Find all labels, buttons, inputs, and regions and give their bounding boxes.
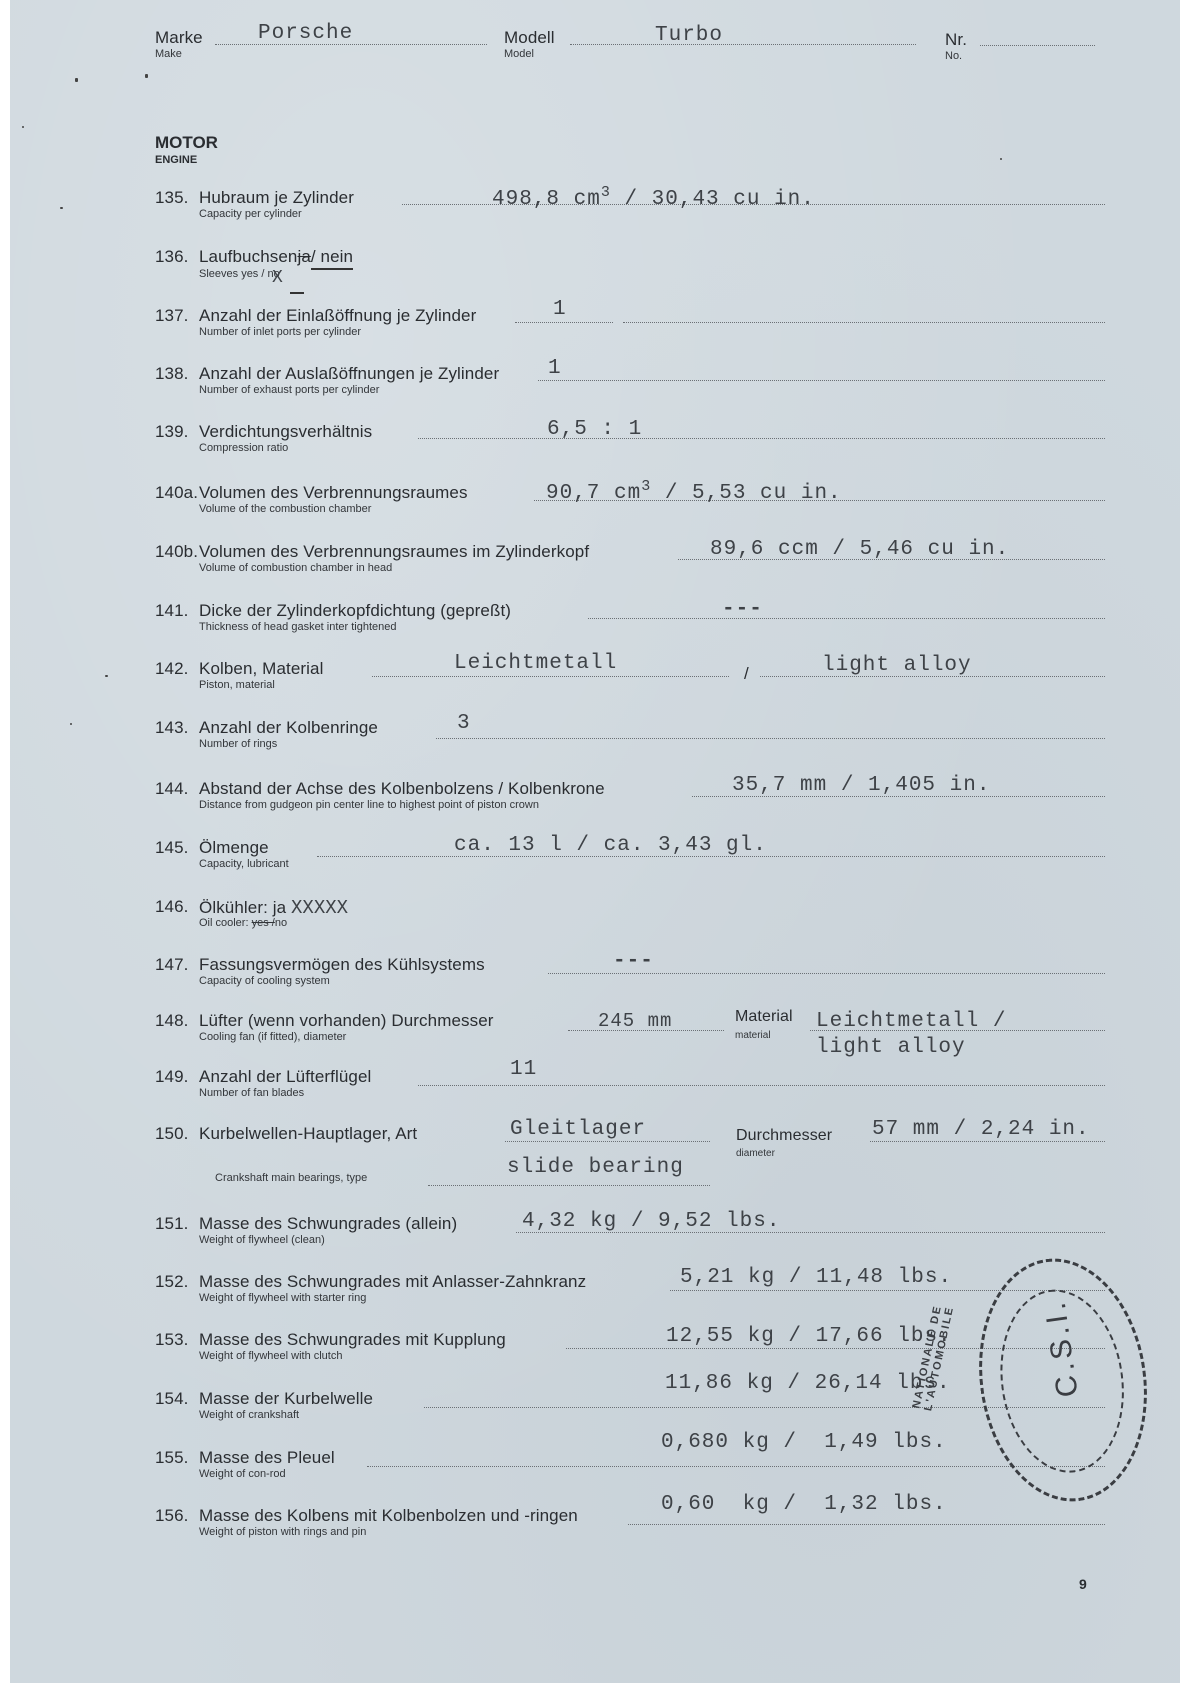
official-stamp: NATIONALE DE L'AUTOMOBILE C.S.I.	[964, 1248, 1162, 1513]
section-title-en: ENGINE	[155, 154, 197, 166]
item-label-en: Number of fan blades	[199, 1087, 304, 1099]
item-value[interactable]: 498,8 cm3 / 30,43 cu in.	[492, 184, 815, 211]
item-number: 145.	[155, 838, 189, 858]
item-label-en: Piston, material	[199, 679, 275, 691]
item-value[interactable]: 89,6 ccm / 5,46 cu in.	[710, 538, 1009, 561]
item-label: Abstand der Achse des Kolbenbolzens / Ko…	[199, 779, 605, 799]
diameter-value[interactable]: 57 mm / 2,24 in.	[872, 1118, 1090, 1141]
item-label: Masse des Schwungrades mit Anlasser-Zahn…	[199, 1272, 586, 1292]
item-value[interactable]: 0,680 kg / 1,49 lbs.	[661, 1431, 947, 1454]
material-label-en: material	[735, 1030, 771, 1041]
overtype-mark: XXXXX	[291, 897, 348, 919]
item-label-en: Sleeves yes / no	[199, 268, 280, 280]
item-value-en[interactable]: light alloy	[822, 654, 972, 677]
item-value[interactable]: 6,5 : 1	[547, 418, 642, 441]
speck	[145, 74, 148, 78]
item-number: 136.	[155, 247, 189, 267]
item-label-en: Weight of piston with rings and pin	[199, 1526, 366, 1538]
number-label-en: No.	[945, 50, 962, 62]
item-label: Anzahl der Einlaßöffnung je Zylinder	[199, 306, 476, 326]
item-number: 148.	[155, 1011, 189, 1031]
item-label: Kurbelwellen-Hauptlager, Art	[199, 1124, 417, 1144]
item-label-en: Capacity, lubricant	[199, 858, 289, 870]
item-value[interactable]: 11	[510, 1058, 537, 1081]
item-label-en: Crankshaft main bearings, type	[215, 1172, 367, 1184]
speck	[60, 207, 63, 209]
item-value-en[interactable]: slide bearing	[507, 1156, 684, 1179]
item-number: 153.	[155, 1330, 189, 1350]
item-value[interactable]: 90,7 cm3 / 5,53 cu in.	[546, 478, 842, 505]
item-value-de[interactable]: Leichtmetall	[454, 652, 617, 675]
item-number: 154.	[155, 1389, 189, 1409]
material-value-en[interactable]: light alloy	[816, 1036, 966, 1059]
document-page: Marke Make Porsche Modell Model Turbo Nr…	[10, 0, 1180, 1683]
item-label-en: Thickness of head gasket inter tightened	[199, 621, 397, 633]
item-label-en: Distance from gudgeon pin center line to…	[199, 799, 539, 811]
item-number: 140b.	[155, 542, 198, 562]
item-number: 138.	[155, 364, 189, 384]
item-number: 149.	[155, 1067, 189, 1087]
item-label: Masse des Schwungrades (allein)	[199, 1214, 457, 1234]
item-number: 137.	[155, 306, 189, 326]
item-number: 139.	[155, 422, 189, 442]
item-label: Masse der Kurbelwelle	[199, 1389, 373, 1409]
item-number: 150.	[155, 1124, 189, 1144]
item-value[interactable]: ---	[722, 598, 763, 621]
item-label: Kolben, Material	[199, 659, 323, 679]
item-label: Volumen des Verbrennungsraumes	[199, 483, 468, 503]
item-number: 144.	[155, 779, 189, 799]
material-value[interactable]: Leichtmetall /	[816, 1010, 1006, 1033]
item-value[interactable]: 5,21 kg / 11,48 lbs.	[680, 1266, 952, 1289]
item-value[interactable]: 3	[457, 712, 471, 735]
speck	[75, 78, 78, 82]
item-label-en: Compression ratio	[199, 442, 288, 454]
item-label: Fassungsvermögen des Kühlsystems	[199, 955, 485, 975]
item-value[interactable]: 11,86 kg / 26,14 lbs.	[665, 1372, 951, 1395]
item-value[interactable]: 245 mm	[598, 1010, 672, 1032]
item-label: Anzahl der Lüfterflügel	[199, 1067, 371, 1087]
item-number: 143.	[155, 718, 189, 738]
item-number: 147.	[155, 955, 189, 975]
model-label: Modell	[504, 28, 555, 48]
item-label-en: Number of rings	[199, 738, 277, 750]
item-label-en: Weight of flywheel (clean)	[199, 1234, 325, 1246]
item-value-de[interactable]: Gleitlager	[510, 1118, 646, 1141]
item-label: Lüfter (wenn vorhanden) Durchmesser	[199, 1011, 494, 1031]
page-number: 9	[1079, 1576, 1087, 1592]
item-label-en: Weight of crankshaft	[199, 1409, 299, 1421]
item-value[interactable]: 35,7 mm / 1,405 in.	[732, 774, 990, 797]
item-number: 156.	[155, 1506, 189, 1526]
item-label-en: Cooling fan (if fitted), diameter	[199, 1031, 346, 1043]
underline-mark	[290, 292, 304, 294]
item-value[interactable]: ---	[613, 950, 654, 973]
item-value[interactable]: 0,60 kg / 1,32 lbs.	[661, 1493, 947, 1516]
item-number: 151.	[155, 1214, 189, 1234]
item-label: Dicke der Zylinderkopfdichtung (gepreßt)	[199, 601, 511, 621]
item-value[interactable]: 12,55 kg / 17,66 lbs.	[666, 1325, 952, 1348]
speck	[1000, 158, 1002, 160]
item-label-en: Number of inlet ports per cylinder	[199, 326, 361, 338]
model-label-en: Model	[504, 48, 534, 60]
item-label-en: Weight of flywheel with starter ring	[199, 1292, 366, 1304]
item-number: 135.	[155, 188, 189, 208]
item-number: 142.	[155, 659, 189, 679]
diameter-label: Durchmesser	[736, 1127, 832, 1145]
item-number: 155.	[155, 1448, 189, 1468]
item-label: Masse des Pleuel	[199, 1448, 335, 1468]
make-label: Marke	[155, 28, 203, 48]
item-label-en: Volume of the combustion chamber	[199, 503, 371, 515]
number-label: Nr.	[945, 30, 967, 50]
item-number: 146.	[155, 897, 189, 917]
diameter-label-en: diameter	[736, 1148, 775, 1159]
item-label-en: Capacity of cooling system	[199, 975, 330, 987]
separator: /	[744, 664, 749, 684]
speck	[105, 675, 108, 677]
item-label: Anzahl der Kolbenringe	[199, 718, 378, 738]
item-label: Anzahl der Auslaßöffnungen je Zylinder	[199, 364, 499, 384]
item-number: 140a.	[155, 483, 198, 503]
item-label: Ölkühler: ja XXXXX	[199, 897, 348, 919]
item-label: Ölmenge	[199, 838, 269, 858]
item-label-en: Volume of combustion chamber in head	[199, 562, 392, 574]
item-value[interactable]: 1	[548, 357, 562, 380]
item-value[interactable]: ca. 13 l / ca. 3,43 gl.	[454, 834, 767, 857]
item-label-en: Weight of con-rod	[199, 1468, 286, 1480]
item-value[interactable]: 1	[553, 298, 567, 321]
item-label: Masse des Schwungrades mit Kupplung	[199, 1330, 506, 1350]
speck	[70, 723, 72, 725]
item-label: Verdichtungsverhältnis	[199, 422, 372, 442]
checkbox-mark[interactable]: X	[272, 268, 284, 288]
item-label-en: Oil cooler: yes /no	[199, 917, 287, 929]
make-label-en: Make	[155, 48, 182, 60]
item-label-en: Number of exhaust ports per cylinder	[199, 384, 379, 396]
item-label: Laufbuchsenja/ nein	[199, 247, 353, 267]
section-title: MOTOR	[155, 133, 218, 153]
item-number: 152.	[155, 1272, 189, 1292]
item-label: Masse des Kolbens mit Kolbenbolzen und -…	[199, 1506, 578, 1526]
material-label: Material	[735, 1008, 793, 1026]
model-value[interactable]: Turbo	[655, 24, 723, 47]
item-number: 141.	[155, 601, 189, 621]
item-value[interactable]: 4,32 kg / 9,52 lbs.	[522, 1210, 780, 1233]
make-value[interactable]: Porsche	[258, 22, 353, 45]
item-label: Volumen des Verbrennungsraumes im Zylind…	[199, 542, 589, 562]
item-label-en: Capacity per cylinder	[199, 208, 302, 220]
item-label-en: Weight of flywheel with clutch	[199, 1350, 342, 1362]
speck	[22, 126, 24, 128]
item-label: Hubraum je Zylinder	[199, 188, 354, 208]
